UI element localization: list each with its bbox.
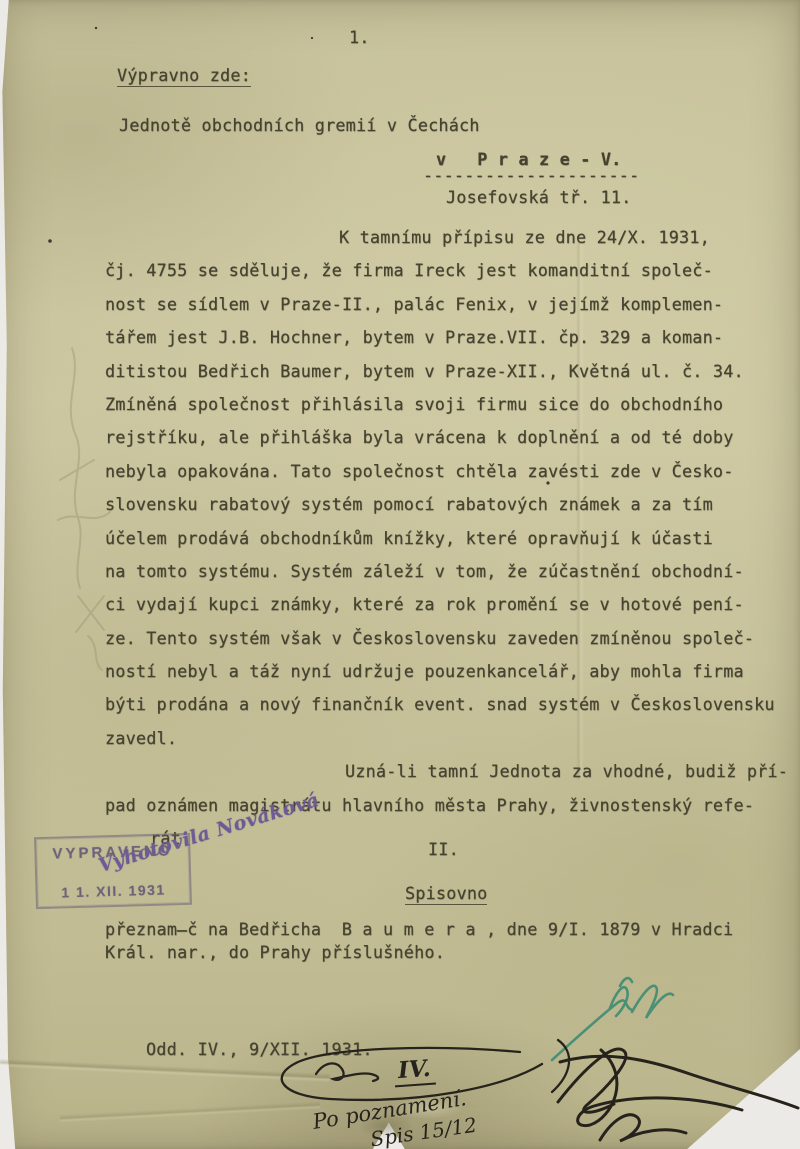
- typed-line: ze. Tento systém však v Československu z…: [105, 628, 785, 661]
- typed-line: slovensku rabatový systém pomocí rabatov…: [105, 494, 785, 527]
- dispatch-note: Výpravno zde:: [117, 65, 251, 87]
- body-lines: K tamnímu přípisu ze dne 24/X. 1931,čj. …: [105, 227, 785, 861]
- section2-heading: Spisovno: [405, 883, 487, 905]
- stamp-date: 1 1. XII. 1931: [61, 882, 166, 901]
- section2-line: přeznam̶č na Bedřicha B a u m e r a , dn…: [105, 919, 733, 942]
- typed-line: účelem prodává obchodníkům knížky, které…: [105, 528, 785, 561]
- typed-line: nost se sídlem v Praze-II., palác Fenix,…: [105, 294, 785, 327]
- addressee-divider: ---------------------: [423, 165, 639, 185]
- typed-line: ditistou Bedřich Baumer, bytem v Praze-X…: [105, 361, 785, 394]
- typed-line: ností nebyl a táž nyní udržuje pouzenkan…: [105, 661, 785, 694]
- handwritten-dept-mark: IV.: [393, 1055, 436, 1088]
- typed-line: čj. 4755 se sděluje, že firma Ireck jest…: [105, 260, 785, 293]
- section2-number: II.: [428, 839, 459, 859]
- typed-line: zavedl.: [105, 728, 785, 761]
- addressee-street: Josefovská tř. 11.: [446, 187, 631, 207]
- typed-line: nebyla opakována. Tato společnost chtěla…: [105, 461, 785, 494]
- page-number: 1.: [349, 27, 370, 47]
- typed-line: býti prodána a nový finančník event. sna…: [105, 694, 785, 727]
- footer-date: Odd. IV., 9/XII. 1931.: [146, 1039, 373, 1059]
- section2-lines: přeznam̶č na Bedřicha B a u m e r a , dn…: [105, 919, 733, 964]
- section2-line: Král. nar., do Prahy příslušného.: [105, 942, 733, 965]
- scanned-document: { "document": { "page_number": "1.", "di…: [0, 0, 800, 1149]
- typed-line: rejstříku, ale přihláška byla vrácena k …: [105, 427, 785, 460]
- typed-line: Uzná-li tamní Jednota za vhodné, budiž p…: [105, 761, 785, 794]
- typed-line: ci vydají kupci známky, které za rok pro…: [105, 594, 785, 627]
- typed-line: na tomto systému. Systém záleží v tom, ž…: [105, 561, 785, 594]
- typed-line: K tamnímu přípisu ze dne 24/X. 1931,: [105, 227, 785, 260]
- typed-line: tářem jest J.B. Hochner, bytem v Praze.V…: [105, 327, 785, 360]
- typed-line: Zmíněná společnost přihlásila svoji firm…: [105, 394, 785, 427]
- addressee-line: Jednotě obchodních gremií v Čechách: [119, 115, 480, 135]
